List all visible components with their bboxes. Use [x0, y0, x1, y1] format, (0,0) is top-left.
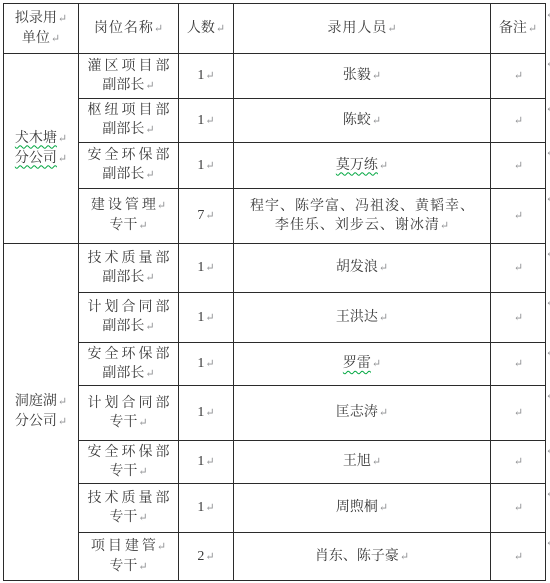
people-cell: 罗雷↵ — [234, 343, 491, 386]
table-row: 建设管理↵ 专干↵ 7↵ 程宇、陈学富、冯祖浚、黄韬幸、 李佳乐、刘步云、谢冰清… — [4, 189, 546, 244]
note-cell: ↵ — [491, 343, 546, 386]
line-break-mark: ↵ — [205, 502, 214, 514]
line-break-mark: ↵ — [400, 551, 409, 563]
line-break-mark: ↵ — [514, 502, 523, 514]
note-cell: ↵ — [491, 386, 546, 441]
line-break-mark: ↵ — [51, 33, 60, 45]
line-break-mark: ↵ — [138, 512, 147, 524]
position-cell: 安全环保部 副部长↵ — [79, 143, 179, 189]
row-end-mark: ↵ — [546, 249, 550, 260]
line-break-mark: ↵ — [58, 133, 67, 145]
people-cell: 周煦桐↵ — [234, 484, 491, 533]
line-break-mark: ↵ — [379, 160, 388, 172]
line-break-mark: ↵ — [145, 80, 154, 92]
line-break-mark: ↵ — [145, 321, 154, 333]
line-break-mark: ↵ — [145, 368, 154, 380]
position-cell: 计划合同部 专干↵ — [79, 386, 179, 441]
count-cell: 1↵ — [179, 143, 234, 189]
row-end-mark: ↵ — [546, 148, 550, 159]
line-break-mark: ↵ — [514, 115, 523, 127]
count-cell: 1↵ — [179, 293, 234, 343]
note-cell: ↵ — [491, 99, 546, 143]
header-count: 人数↵ — [179, 4, 234, 54]
header-note: 备注↵ — [491, 4, 546, 54]
unit-cell-quanmutang: 犬木塘↵ 分公司↵ — [4, 54, 79, 244]
position-cell: 项目建管↵ 专干↵ — [79, 533, 179, 581]
table-row: 洞庭湖↵ 分公司↵ 技术质量部 副部长↵ 1↵ 胡发浪↵ ↵ — [4, 244, 546, 293]
line-break-mark: ↵ — [58, 416, 67, 428]
document-page: 拟录用↵ 单位↵ 岗位名称↵ 人数↵ 录用人员↵ 备注↵ 犬木塘↵ 分公司↵ 灌… — [0, 0, 550, 583]
note-cell: ↵ — [491, 533, 546, 581]
line-break-mark: ↵ — [205, 262, 214, 274]
line-break-mark: ↵ — [205, 407, 214, 419]
count-cell: 2↵ — [179, 533, 234, 581]
line-break-mark: ↵ — [58, 153, 67, 165]
header-unit: 拟录用↵ 单位↵ — [4, 4, 79, 54]
row-end-mark: ↵ — [546, 489, 550, 500]
table-row: 安全环保部 副部长↵ 1↵ 莫万练↵ ↵ — [4, 143, 546, 189]
count-cell: 1↵ — [179, 54, 234, 99]
line-break-mark: ↵ — [154, 23, 163, 35]
line-break-mark: ↵ — [440, 220, 449, 232]
line-break-mark: ↵ — [205, 358, 214, 370]
note-cell: ↵ — [491, 189, 546, 244]
row-end-mark: ↵ — [546, 348, 550, 359]
line-break-mark: ↵ — [205, 70, 214, 82]
line-break-mark: ↵ — [138, 220, 147, 232]
count-cell: 1↵ — [179, 484, 234, 533]
people-cell: 程宇、陈学富、冯祖浚、黄韬幸、 李佳乐、刘步云、谢冰清↵ — [234, 189, 491, 244]
count-cell: 1↵ — [179, 99, 234, 143]
line-break-mark: ↵ — [514, 160, 523, 172]
row-end-mark: ↵ — [546, 104, 550, 115]
table-row: 计划合同部 副部长↵ 1↵ 王洪达↵ ↵ — [4, 293, 546, 343]
count-cell: 1↵ — [179, 441, 234, 484]
table-row: 项目建管↵ 专干↵ 2↵ 肖东、陈子豪↵ ↵ — [4, 533, 546, 581]
line-break-mark: ↵ — [514, 210, 523, 222]
table-row: 技术质量部 专干↵ 1↵ 周煦桐↵ ↵ — [4, 484, 546, 533]
people-cell: 肖东、陈子豪↵ — [234, 533, 491, 581]
line-break-mark: ↵ — [205, 456, 214, 468]
header-people: 录用人员↵ — [234, 4, 491, 54]
header-row: 拟录用↵ 单位↵ 岗位名称↵ 人数↵ 录用人员↵ 备注↵ — [4, 4, 546, 54]
people-cell: 陈蛟↵ — [234, 99, 491, 143]
line-break-mark: ↵ — [379, 262, 388, 274]
line-break-mark: ↵ — [205, 160, 214, 172]
line-break-mark: ↵ — [514, 551, 523, 563]
line-break-mark: ↵ — [514, 407, 523, 419]
line-break-mark: ↵ — [372, 358, 381, 370]
note-cell: ↵ — [491, 484, 546, 533]
line-break-mark: ↵ — [145, 124, 154, 136]
position-cell: 枢纽项目部 副部长↵ — [79, 99, 179, 143]
people-cell: 匡志涛↵ — [234, 386, 491, 441]
note-cell: ↵ — [491, 293, 546, 343]
line-break-mark: ↵ — [528, 23, 537, 35]
row-end-mark: ↵ — [546, 194, 550, 205]
line-break-mark: ↵ — [205, 551, 214, 563]
note-cell: ↵ — [491, 54, 546, 99]
position-cell: 计划合同部 副部长↵ — [79, 293, 179, 343]
note-cell: ↵ — [491, 143, 546, 189]
unit-cell-dongtinghu: 洞庭湖↵ 分公司↵ — [4, 244, 79, 581]
line-break-mark: ↵ — [138, 466, 147, 478]
line-break-mark: ↵ — [379, 502, 388, 514]
line-break-mark: ↵ — [205, 312, 214, 324]
line-break-mark: ↵ — [205, 210, 214, 222]
count-cell: 1↵ — [179, 386, 234, 441]
line-break-mark: ↵ — [58, 396, 67, 408]
position-cell: 技术质量部 专干↵ — [79, 484, 179, 533]
line-break-mark: ↵ — [379, 407, 388, 419]
table-row: 计划合同部 专干↵ 1↵ 匡志涛↵ ↵ — [4, 386, 546, 441]
line-break-mark: ↵ — [138, 561, 147, 573]
line-break-mark: ↵ — [514, 358, 523, 370]
header-position: 岗位名称↵ — [79, 4, 179, 54]
position-cell: 灌区项目部 副部长↵ — [79, 54, 179, 99]
note-cell: ↵ — [491, 441, 546, 484]
row-end-mark: ↵ — [546, 10, 550, 21]
line-break-mark: ↵ — [387, 23, 396, 35]
row-end-mark: ↵ — [546, 59, 550, 70]
recruitment-table: 拟录用↵ 单位↵ 岗位名称↵ 人数↵ 录用人员↵ 备注↵ 犬木塘↵ 分公司↵ 灌… — [3, 3, 546, 581]
line-break-mark: ↵ — [514, 456, 523, 468]
line-break-mark: ↵ — [58, 13, 67, 25]
line-break-mark: ↵ — [372, 456, 381, 468]
table-row: 枢纽项目部 副部长↵ 1↵ 陈蛟↵ ↵ — [4, 99, 546, 143]
line-break-mark: ↵ — [379, 312, 388, 324]
row-end-mark: ↵ — [546, 538, 550, 549]
position-cell: 安全环保部 副部长↵ — [79, 343, 179, 386]
line-break-mark: ↵ — [514, 70, 523, 82]
position-cell: 安全环保部 专干↵ — [79, 441, 179, 484]
count-cell: 1↵ — [179, 343, 234, 386]
table-row: 安全环保部 专干↵ 1↵ 王旭↵ ↵ — [4, 441, 546, 484]
line-break-mark: ↵ — [514, 312, 523, 324]
line-break-mark: ↵ — [145, 169, 154, 181]
line-break-mark: ↵ — [216, 23, 225, 35]
row-end-mark: ↵ — [546, 446, 550, 457]
line-break-mark: ↵ — [514, 262, 523, 274]
line-break-mark: ↵ — [372, 115, 381, 127]
line-break-mark: ↵ — [372, 70, 381, 82]
line-break-mark: ↵ — [145, 272, 154, 284]
row-end-mark: ↵ — [546, 391, 550, 402]
line-break-mark: ↵ — [205, 115, 214, 127]
note-cell: ↵ — [491, 244, 546, 293]
people-cell: 张毅↵ — [234, 54, 491, 99]
people-cell: 王洪达↵ — [234, 293, 491, 343]
row-end-mark: ↵ — [546, 298, 550, 309]
people-cell: 王旭↵ — [234, 441, 491, 484]
count-cell: 7↵ — [179, 189, 234, 244]
line-break-mark: ↵ — [157, 541, 166, 553]
position-cell: 建设管理↵ 专干↵ — [79, 189, 179, 244]
table-row: 安全环保部 副部长↵ 1↵ 罗雷↵ ↵ — [4, 343, 546, 386]
count-cell: 1↵ — [179, 244, 234, 293]
table-row: 犬木塘↵ 分公司↵ 灌区项目部 副部长↵ 1↵ 张毅↵ ↵ — [4, 54, 546, 99]
people-cell: 胡发浪↵ — [234, 244, 491, 293]
position-cell: 技术质量部 副部长↵ — [79, 244, 179, 293]
people-cell: 莫万练↵ — [234, 143, 491, 189]
line-break-mark: ↵ — [138, 417, 147, 429]
line-break-mark: ↵ — [157, 200, 166, 212]
